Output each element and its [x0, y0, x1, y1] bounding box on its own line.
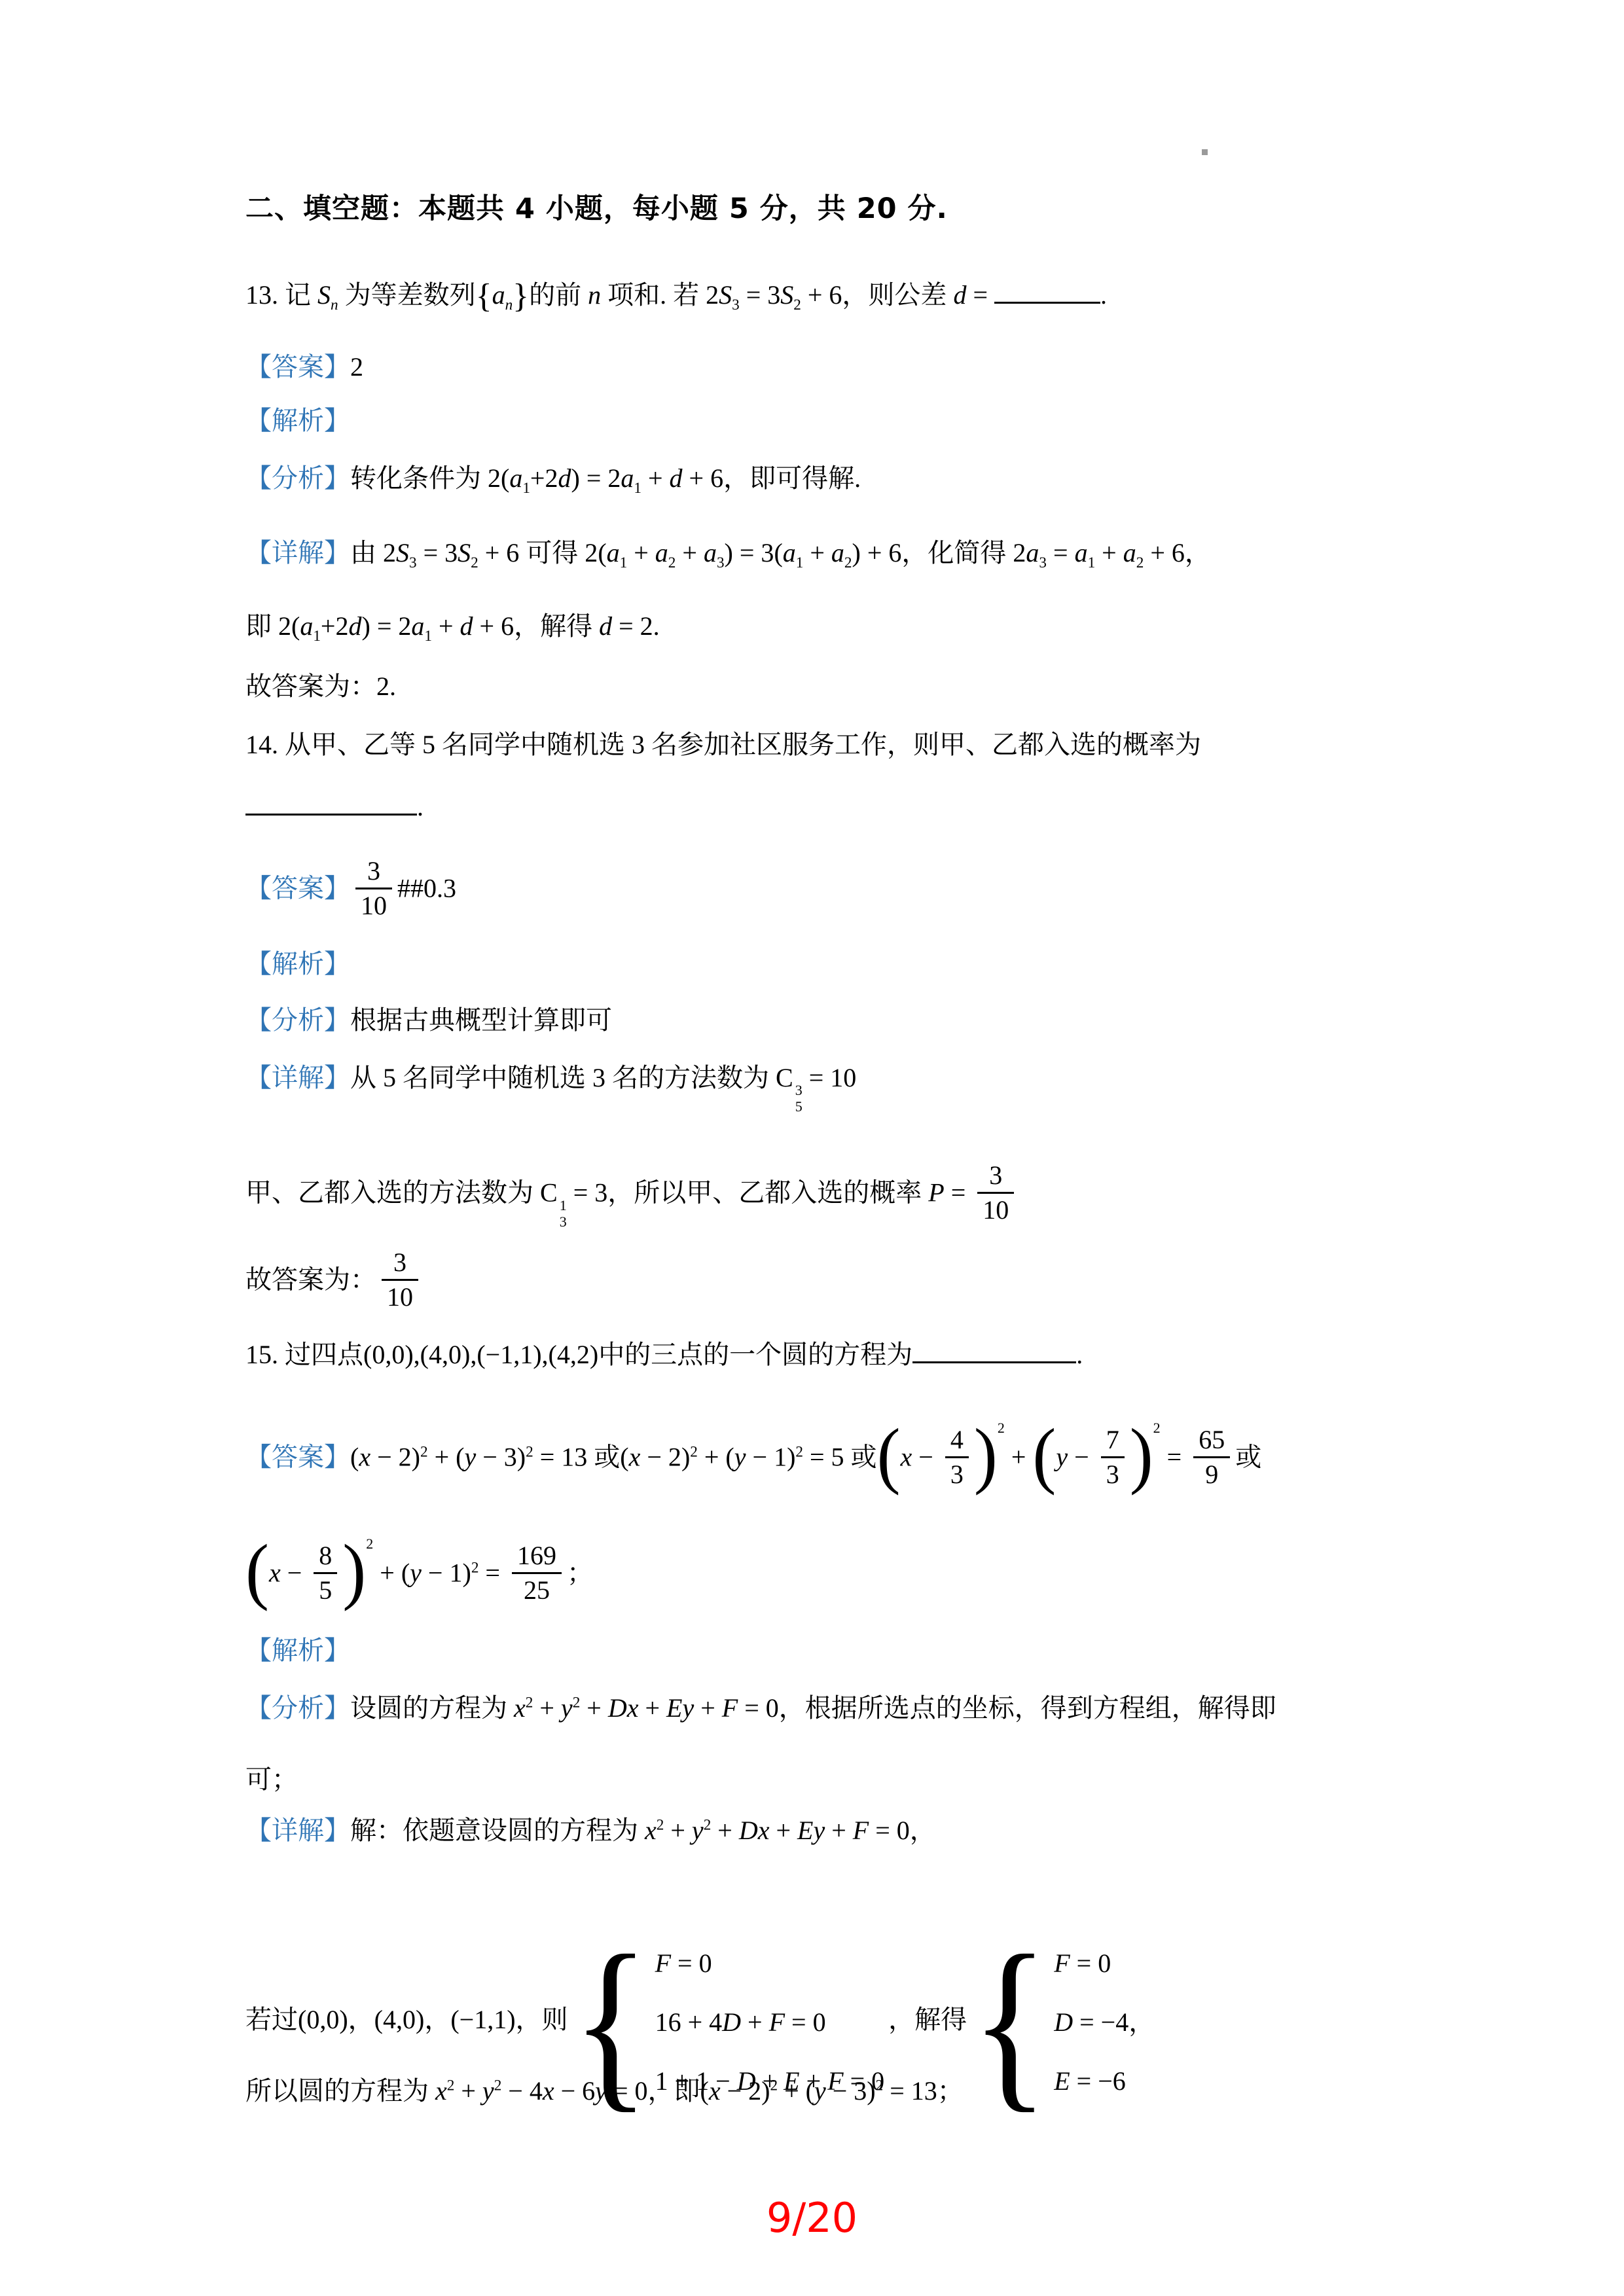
- equation-system-2: {F = 0D = −4，E = −6: [971, 1947, 1155, 2098]
- question-15-fenxi-cont: 可；: [245, 1763, 298, 1796]
- question-14-xiangjie: 【详解】从 5 名同学中随机选 3 名的方法数为 C35 = 10: [245, 1062, 856, 1115]
- question-14-fenxi: 【分析】根据古典概型计算即可: [245, 1004, 612, 1037]
- question-14-jiexi: 【解析】: [245, 948, 350, 980]
- question-14-answer: 【答案】310##0.3: [245, 857, 456, 925]
- xiangjie-tag: 【详解】: [245, 538, 350, 567]
- jiexi-tag: 【解析】: [245, 406, 350, 435]
- question-13-xiangjie: 【详解】由 2S3 = 3S2 + 6 可得 2(a1 + a2 + a3) =…: [245, 537, 1211, 573]
- question-13-text: 13. 记 Sn 为等差数列{an}的前 n 项和. 若 2S3 = 3S2 +…: [245, 275, 1107, 317]
- question-15-answer-1: 【答案】(x − 2)2 + (y − 3)2 = 13 或(x − 2)2 +…: [245, 1419, 1261, 1494]
- question-14-blank: .: [245, 789, 424, 823]
- answer-tag: 【答案】: [245, 1443, 350, 1472]
- section-header: 二、填空题：本题共 4 小题，每小题 5 分，共 20 分.: [245, 192, 948, 227]
- fenxi-tag: 【分析】: [245, 1005, 350, 1035]
- answer-tag: 【答案】: [245, 874, 350, 903]
- question-15-fenxi: 【分析】设圆的方程为 x2 + y2 + Dx + Ey + F = 0，根据所…: [245, 1692, 1276, 1725]
- answer-tag: 【答案】: [245, 352, 350, 382]
- question-14-step: 甲、乙都入选的方法数为 C13 = 3，所以甲、乙都入选的概率 P = 310: [245, 1162, 1019, 1230]
- answer-blank-13: [994, 277, 1100, 304]
- question-15-xiangjie: 【详解】解：依题意设圆的方程为 x2 + y2 + Dx + Ey + F = …: [245, 1814, 936, 1847]
- question-13-jiexi: 【解析】: [245, 404, 350, 437]
- fenxi-tag: 【分析】: [245, 463, 350, 493]
- question-14-text: 14. 从甲、乙等 5 名同学中随机选 3 名参加社区服务工作，则甲、乙都入选的…: [245, 728, 1201, 761]
- page-number: 9/20: [0, 2194, 1624, 2242]
- stray-mark: [1202, 149, 1208, 155]
- question-15-conclusion: 所以圆的方程为 x2 + y2 − 4x − 6y = 0，即(x − 2)2 …: [245, 2075, 964, 2108]
- question-15-text: 15. 过四点(0,0),(4,0),(−1,1),(4,2)中的三点的一个圆的…: [245, 1336, 1083, 1371]
- document-page: 二、填空题：本题共 4 小题，每小题 5 分，共 20 分. 13. 记 Sn …: [0, 0, 1624, 2296]
- question-13-conclusion: 故答案为：2.: [245, 670, 396, 703]
- question-15-answer-2: (x − 85)2 + (y − 1)2 = 16925；: [245, 1535, 593, 1609]
- question-15-jiexi: 【解析】: [245, 1634, 350, 1667]
- answer-blank-15: [912, 1336, 1076, 1363]
- jiexi-tag: 【解析】: [245, 949, 350, 978]
- fenxi-tag: 【分析】: [245, 1693, 350, 1723]
- answer-blank-14: [245, 789, 417, 816]
- question-13-step: 即 2(a1+2d) = 2a1 + d + 6，解得 d = 2.: [245, 610, 660, 646]
- question-13-answer: 【答案】2: [245, 351, 363, 384]
- xiangjie-tag: 【详解】: [245, 1816, 350, 1845]
- question-13-fenxi: 【分析】转化条件为 2(a1+2d) = 2a1 + d + 6，即可得解.: [245, 462, 861, 498]
- jiexi-tag: 【解析】: [245, 1636, 350, 1665]
- xiangjie-tag: 【详解】: [245, 1063, 350, 1092]
- question-14-conclusion: 故答案为：310: [245, 1249, 424, 1316]
